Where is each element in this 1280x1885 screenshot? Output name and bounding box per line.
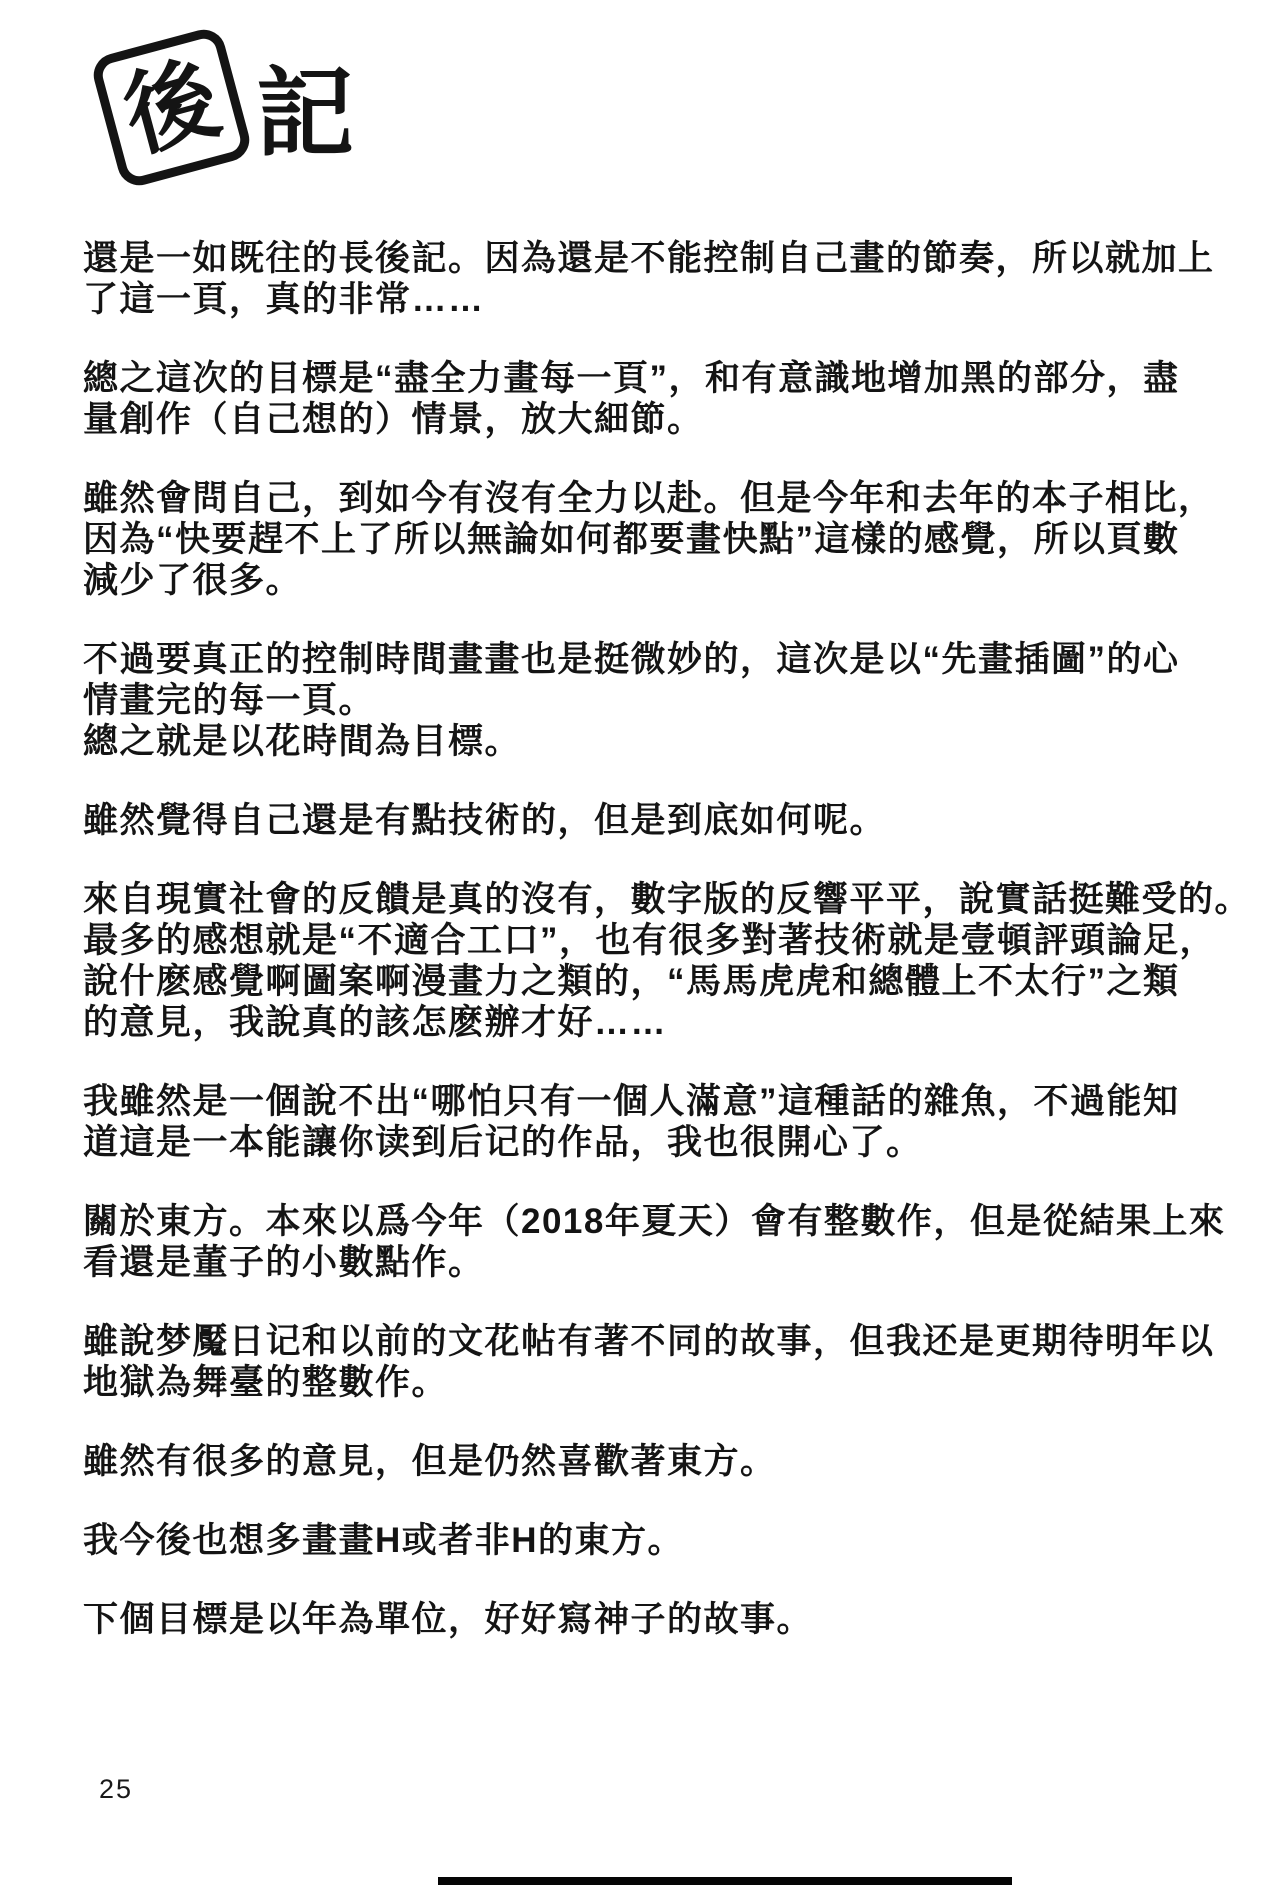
paragraph-line: 雖然有很多的意見，但是仍然喜歡著東方。 <box>83 1441 1233 1482</box>
paragraph-line: 不過要真正的控制時間畫畫也是挺微妙的，這次是以“先畫插圖”的心 <box>83 639 1233 680</box>
paragraph: 雖然會問自己，到如今有沒有全力以赴。但是今年和去年的本子相比，因為“快要趕不上了… <box>83 478 1233 601</box>
paragraph-line: 最多的感想就是“不適合工口”，也有很多對著技術就是壹頓評頭論足， <box>83 920 1233 961</box>
paragraph-line: 下個目標是以年為單位，好好寫神子的故事。 <box>83 1599 1233 1640</box>
paragraph: 我今後也想多畫畫H或者非H的東方。 <box>83 1520 1233 1561</box>
paragraph: 雖然覺得自己還是有點技術的，但是到底如何呢。 <box>83 800 1233 841</box>
page-title: 後 記 <box>0 0 400 210</box>
page-number: 25 <box>99 1774 133 1805</box>
paragraph: 雖然有很多的意見，但是仍然喜歡著東方。 <box>83 1441 1233 1482</box>
paragraph-line: 看還是董子的小數點作。 <box>83 1242 1233 1283</box>
title-boxed-char: 後 <box>115 51 228 164</box>
paragraph-line: 雖然覺得自己還是有點技術的，但是到底如何呢。 <box>83 800 1233 841</box>
afterword-page: 後 記 還是一如既往的長後記。因為還是不能控制自己畫的節奏，所以就加上了這一頁，… <box>0 0 1280 1885</box>
paragraph: 來自現實社會的反饋是真的沒有，數字版的反響平平，說實話挺難受的。最多的感想就是“… <box>83 879 1233 1043</box>
paragraph: 總之這次的目標是“盡全力畫每一頁”，和有意識地增加黑的部分，盡量創作（自己想的）… <box>83 358 1233 440</box>
paragraph-line: 的意見，我說真的該怎麽辦才好…… <box>83 1002 1233 1043</box>
paragraph-line: 總之就是以花時間為目標。 <box>83 721 1233 762</box>
paragraph: 下個目標是以年為單位，好好寫神子的故事。 <box>83 1599 1233 1640</box>
paragraph-line: 我雖然是一個說不出“哪怕只有一個人滿意”這種話的雜魚，不過能知 <box>83 1081 1233 1122</box>
paragraph-line: 還是一如既往的長後記。因為還是不能控制自己畫的節奏，所以就加上 <box>83 238 1233 279</box>
paragraph-line: 總之這次的目標是“盡全力畫每一頁”，和有意識地增加黑的部分，盡 <box>83 358 1233 399</box>
paragraph-line: 因為“快要趕不上了所以無論如何都要畫快點”這樣的感覺，所以頁數 <box>83 519 1233 560</box>
paragraph-line: 地獄為舞臺的整數作。 <box>83 1362 1233 1403</box>
paragraph-line: 雖說梦魘日记和以前的文花帖有著不同的故事，但我还是更期待明年以 <box>83 1321 1233 1362</box>
paragraph-line: 減少了很多。 <box>83 560 1233 601</box>
paragraph-line: 了這一頁，真的非常…… <box>83 279 1233 320</box>
paragraph-line: 情畫完的每一頁。 <box>83 680 1233 721</box>
paragraph: 關於東方。本來以爲今年（2018年夏天）會有整數作，但是從結果上來看還是董子的小… <box>83 1201 1233 1283</box>
paragraph-line: 我今後也想多畫畫H或者非H的東方。 <box>83 1520 1233 1561</box>
paragraph: 還是一如既往的長後記。因為還是不能控制自己畫的節奏，所以就加上了這一頁，真的非常… <box>83 238 1233 320</box>
paragraph: 我雖然是一個說不出“哪怕只有一個人滿意”這種話的雜魚，不過能知道這是一本能讓你读… <box>83 1081 1233 1163</box>
afterword-body: 還是一如既往的長後記。因為還是不能控制自己畫的節奏，所以就加上了這一頁，真的非常… <box>83 238 1233 1678</box>
paragraph-line: 說什麽感覺啊圖案啊漫畫力之類的，“馬馬虎虎和總體上不太行”之類 <box>83 961 1233 1002</box>
paragraph: 雖說梦魘日记和以前的文花帖有著不同的故事，但我还是更期待明年以地獄為舞臺的整數作… <box>83 1321 1233 1403</box>
paragraph: 不過要真正的控制時間畫畫也是挺微妙的，這次是以“先畫插圖”的心情畫完的每一頁。總… <box>83 639 1233 762</box>
paragraph-line: 來自現實社會的反饋是真的沒有，數字版的反響平平，說實話挺難受的。 <box>83 879 1233 920</box>
paragraph-line: 關於東方。本來以爲今年（2018年夏天）會有整數作，但是從結果上來 <box>83 1201 1233 1242</box>
scan-artifact-line <box>438 1877 1012 1885</box>
title-plain-char: 記 <box>256 64 354 162</box>
title-boxed-frame: 後 <box>89 25 254 190</box>
paragraph-line: 量創作（自己想的）情景，放大細節。 <box>83 399 1233 440</box>
paragraph-line: 雖然會問自己，到如今有沒有全力以赴。但是今年和去年的本子相比， <box>83 478 1233 519</box>
paragraph-line: 道這是一本能讓你读到后记的作品，我也很開心了。 <box>83 1122 1233 1163</box>
